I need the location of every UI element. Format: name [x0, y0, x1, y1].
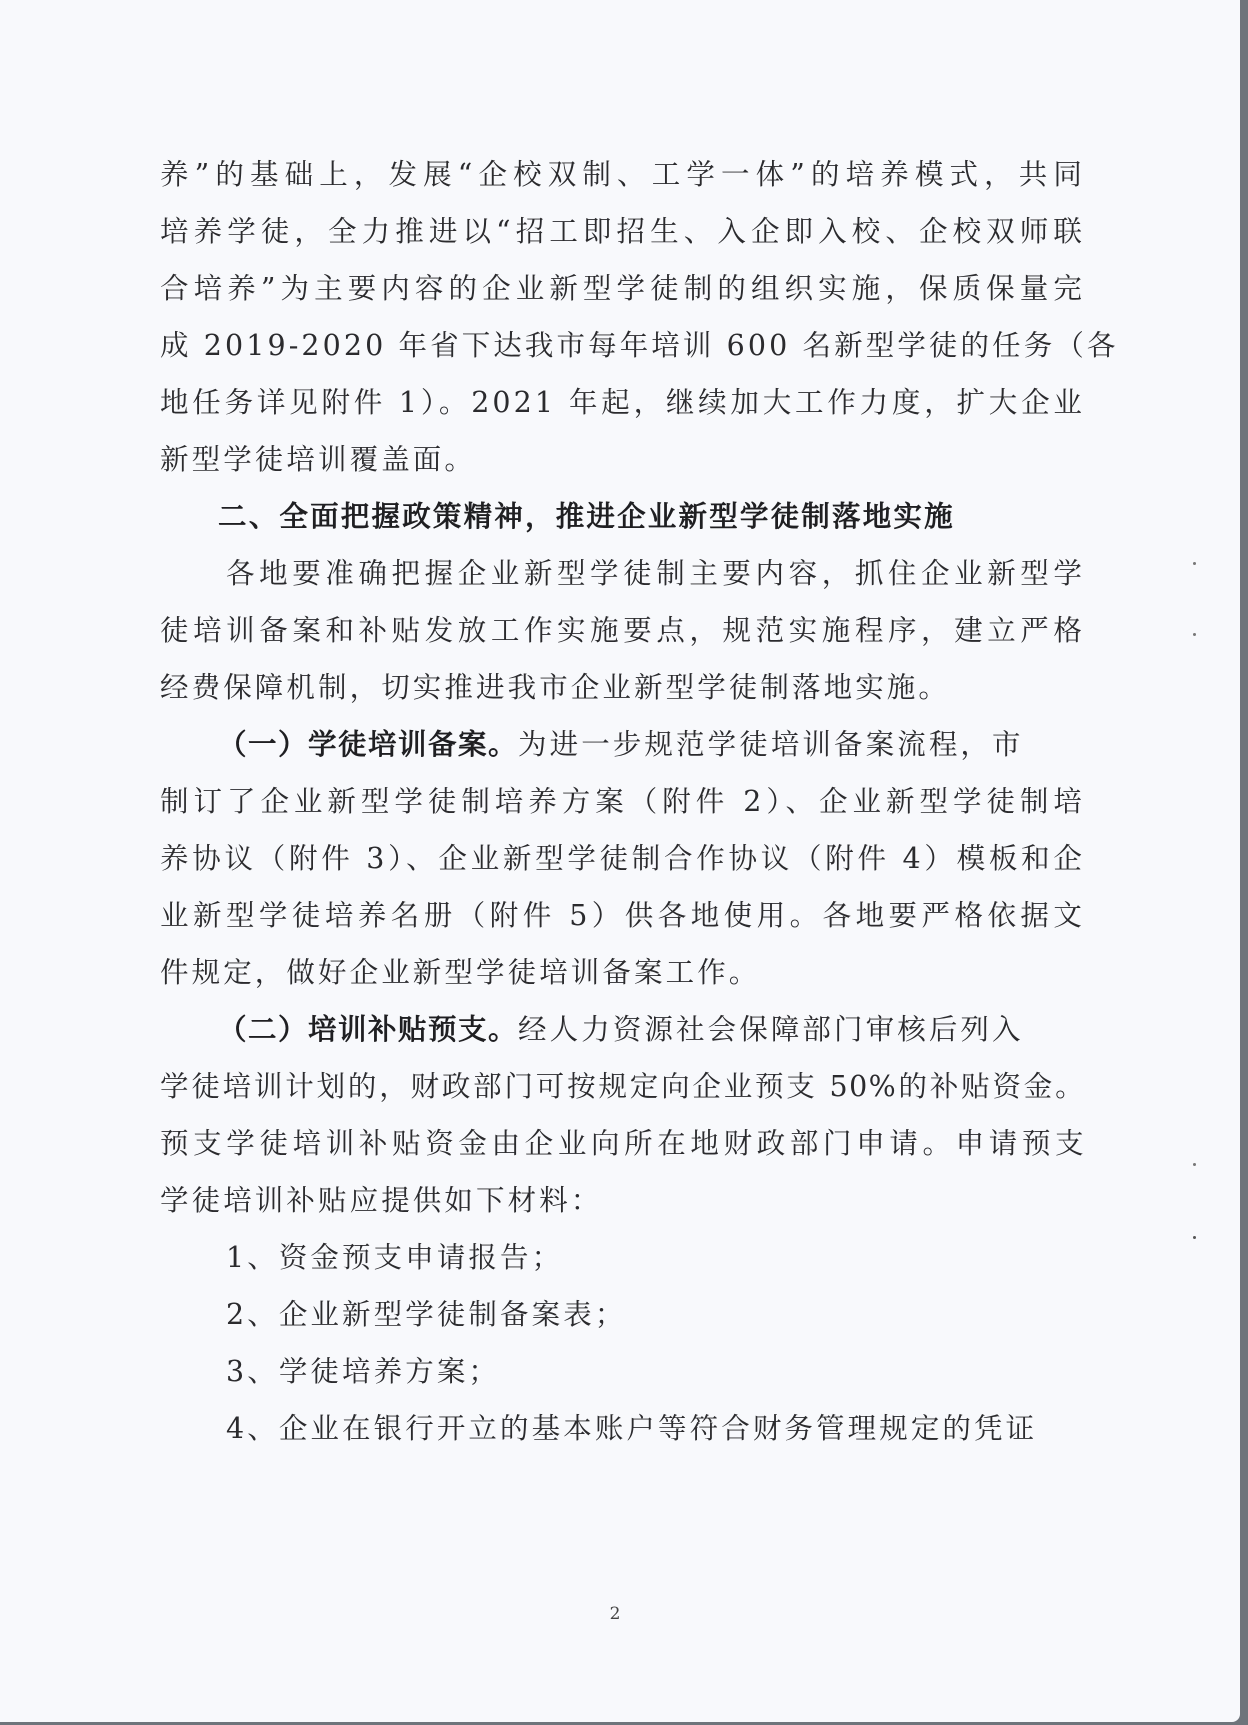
section-heading: 二、全面把握政策精神，推进企业新型学徒制落地实施	[152, 497, 955, 537]
paragraph-line: 预支学徒培训补贴资金由企业向所在地财政部门申请。申请预支	[160, 1124, 1085, 1164]
paragraph-line: 培养学徒，全力推进以“招工即招生、入企即入校、企校双师联	[160, 212, 1085, 252]
scan-speck	[1193, 1163, 1196, 1166]
subsection-title: （一）学徒培训备案。	[218, 728, 518, 761]
list-item: 1、资金预支申请报告；	[160, 1238, 563, 1278]
paragraph-line: 经费保障机制，切实推进我市企业新型学徒制落地实施。	[160, 668, 950, 708]
list-item: 3、学徒培养方案；	[160, 1352, 500, 1392]
paragraph-line: 新型学徒培训覆盖面。	[160, 440, 476, 480]
paragraph-line: 合培养”为主要内容的企业新型学徒制的组织实施，保质保量完	[160, 269, 1085, 309]
page-number: 2	[600, 1604, 630, 1624]
scanned-page: 养”的基础上，发展“企校双制、工学一体”的培养模式，共同 培养学徒，全力推进以“…	[0, 0, 1240, 1722]
paragraph-line: 养协议（附件 3）、企业新型学徒制合作协议（附件 4）模板和企	[160, 839, 1085, 879]
subsection-line: （一）学徒培训备案。为进一步规范学徒培训备案流程，市	[152, 725, 1024, 765]
paragraph-line: 制订了企业新型学徒制培养方案（附件 2）、企业新型学徒制培	[160, 782, 1085, 822]
paragraph-line: 学徒培训计划的，财政部门可按规定向企业预支 50%的补贴资金。	[160, 1067, 1085, 1107]
subsection-text: 为进一步规范学徒培训备案流程，市	[518, 728, 1024, 761]
paragraph-line: 各地要准确把握企业新型学徒制主要内容，抓住企业新型学	[160, 554, 1085, 594]
scanner-edge	[1240, 0, 1248, 1725]
list-item: 2、企业新型学徒制备案表；	[160, 1295, 626, 1335]
subsection-text: 经人力资源社会保障部门审核后列入	[518, 1013, 1024, 1046]
paragraph-line: 件规定，做好企业新型学徒培训备案工作。	[160, 953, 760, 993]
paragraph-line: 业新型学徒培养名册（附件 5）供各地使用。各地要严格依据文	[160, 896, 1085, 936]
paragraph-line: 地任务详见附件 1）。2021 年起，继续加大工作力度，扩大企业	[160, 383, 1085, 423]
scan-speck	[1193, 633, 1196, 636]
subsection-line: （二）培训补贴预支。经人力资源社会保障部门审核后列入	[152, 1010, 1024, 1050]
scan-speck	[1193, 562, 1196, 565]
paragraph-line: 养”的基础上，发展“企校双制、工学一体”的培养模式，共同	[160, 155, 1085, 195]
list-item: 4、企业在银行开立的基本账户等符合财务管理规定的凭证	[160, 1409, 1037, 1449]
paragraph-line: 徒培训备案和补贴发放工作实施要点，规范实施程序，建立严格	[160, 611, 1085, 651]
subsection-title: （二）培训补贴预支。	[218, 1013, 518, 1046]
paragraph-line: 成 2019-2020 年省下达我市每年培训 600 名新型学徒的任务（各	[160, 326, 1085, 366]
paragraph-line: 学徒培训补贴应提供如下材料：	[160, 1181, 602, 1221]
scan-speck	[1193, 1236, 1196, 1239]
